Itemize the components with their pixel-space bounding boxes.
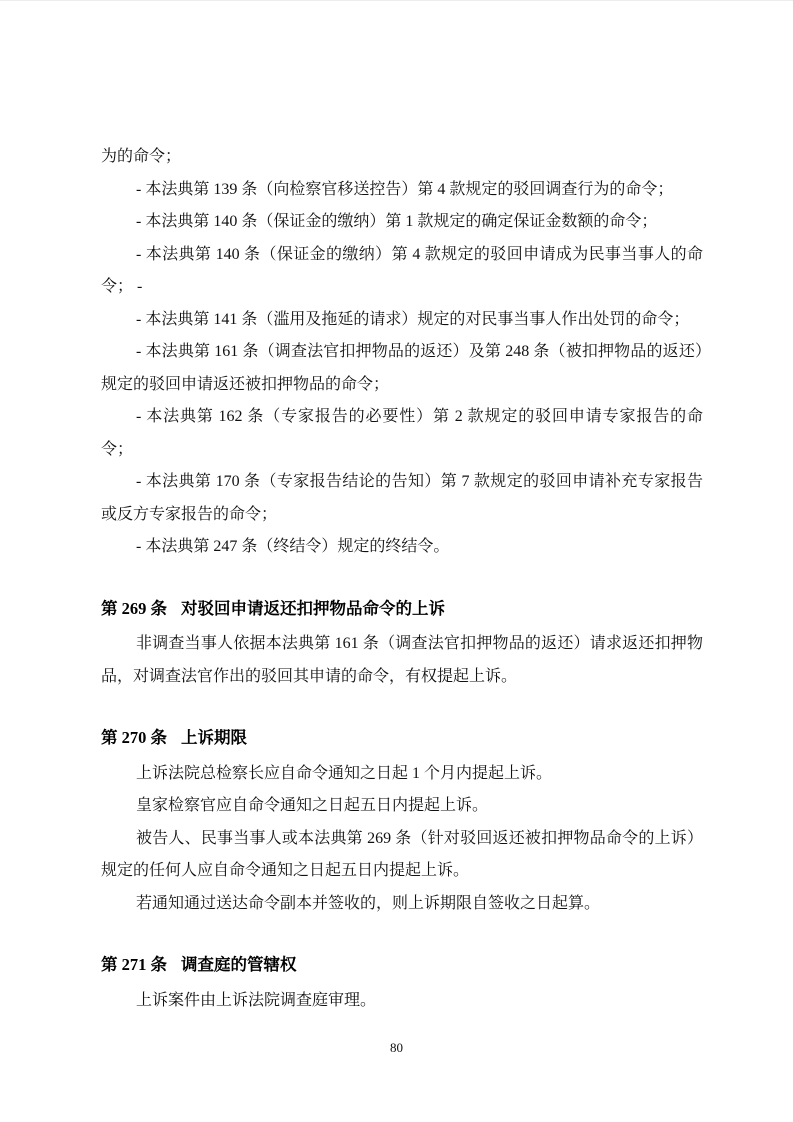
- list-item-paragraph: - 本法典第 140 条（保证金的缴纳）第 1 款规定的确定保证金数额的命令；: [101, 206, 703, 239]
- paragraph: 上诉法院总检察长应自命令通知之日起 1 个月内提起上诉。: [101, 758, 703, 791]
- page-number: 80: [0, 1039, 793, 1057]
- heading-title: 对驳回申请返还扣押物品命令的上诉: [181, 599, 445, 618]
- heading-title: 调查庭的管辖权: [181, 955, 297, 974]
- heading-article-number: 第 271 条: [101, 955, 167, 974]
- heading-title: 上诉期限: [181, 728, 247, 747]
- list-item-paragraph: - 本法典第 161 条（调查法官扣押物品的返还）及第 248 条（被扣押物品的…: [101, 336, 703, 401]
- heading-article-number: 第 270 条: [101, 728, 167, 747]
- paragraph: 皇家检察官应自命令通知之日起五日内提起上诉。: [101, 790, 703, 823]
- heading-article-number: 第 269 条: [101, 599, 167, 618]
- list-item-paragraph: - 本法典第 139 条（向检察官移送控告）第 4 款规定的驳回调查行为的命令；: [101, 174, 703, 207]
- list-item-paragraph: - 本法典第 141 条（滥用及拖延的请求）规定的对民事当事人作出处罚的命令；: [101, 304, 703, 337]
- paragraph: 非调查当事人依据本法典第 161 条（调查法官扣押物品的返还）请求返还扣押物品，…: [101, 628, 703, 693]
- paragraph: 为的命令；: [101, 141, 703, 174]
- section-heading: 第 269 条对驳回申请返还扣押物品命令的上诉: [101, 593, 703, 626]
- list-item-paragraph: - 本法典第 247 条（终结令）规定的终结令。: [101, 531, 703, 564]
- paragraph: 被告人、民事当事人或本法典第 269 条（针对驳回返还被扣押物品命令的上诉）规定…: [101, 823, 703, 888]
- section-heading: 第 271 条调查庭的管辖权: [101, 949, 703, 982]
- list-item-paragraph: - 本法典第 162 条（专家报告的必要性）第 2 款规定的驳回申请专家报告的命…: [101, 401, 703, 466]
- paragraph: 若通知通过送达命令副本并签收的，则上诉期限自签收之日起算。: [101, 888, 703, 921]
- document-page: 为的命令；- 本法典第 139 条（向检察官移送控告）第 4 款规定的驳回调查行…: [0, 0, 793, 1122]
- list-item-paragraph: - 本法典第 170 条（专家报告结论的告知）第 7 款规定的驳回申请补充专家报…: [101, 466, 703, 531]
- list-item-paragraph: - 本法典第 140 条（保证金的缴纳）第 4 款规定的驳回申请成为民事当事人的…: [101, 239, 703, 304]
- document-body: 为的命令；- 本法典第 139 条（向检察官移送控告）第 4 款规定的驳回调查行…: [101, 141, 703, 1017]
- section-heading: 第 270 条上诉期限: [101, 722, 703, 755]
- paragraph: 上诉案件由上诉法院调查庭审理。: [101, 985, 703, 1018]
